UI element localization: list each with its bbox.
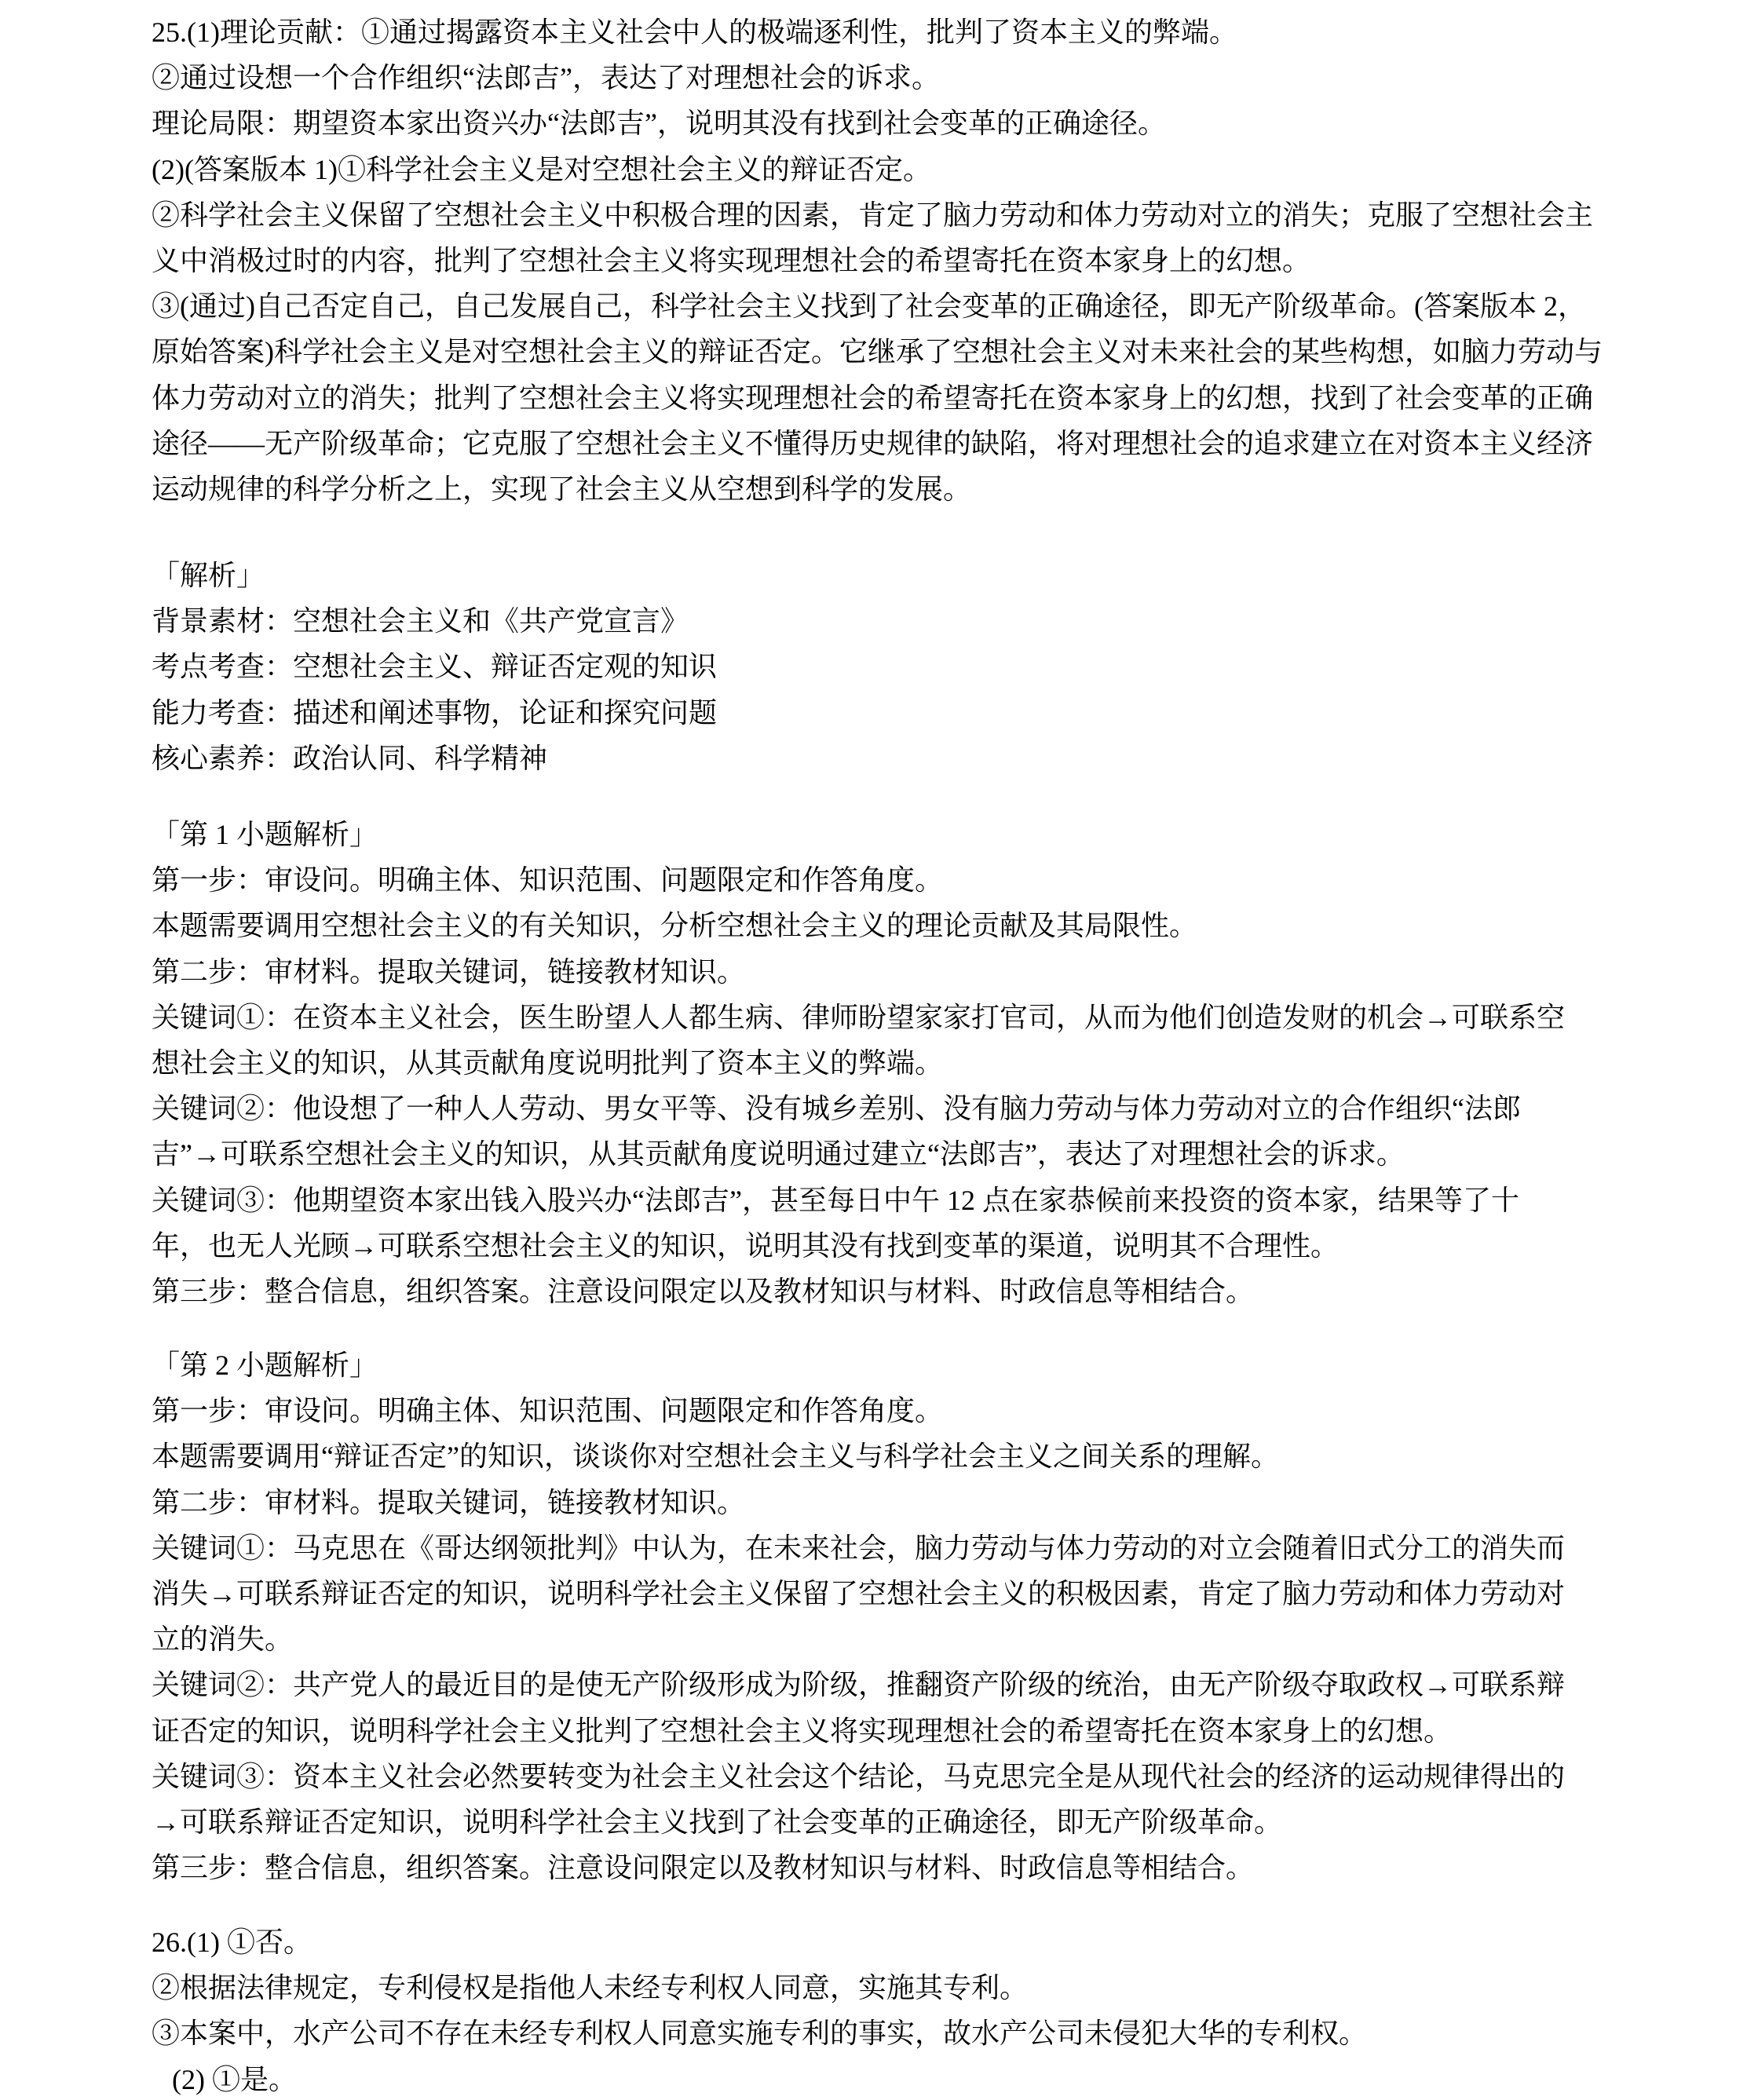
analysis-item-value: 空想社会主义、辩证否定观的知识 bbox=[293, 651, 717, 682]
analysis-line: 第三步：整合信息，组织答案。注意设问限定以及教材知识与材料、时政信息等相结合。 bbox=[152, 1269, 1565, 1314]
sub-question-2-analysis: 「第 2 小题解析」 第一步：审设问。明确主体、知识范围、问题限定和作答角度。 … bbox=[152, 1342, 1565, 1890]
analysis-item-label: 考点考查 bbox=[152, 651, 265, 682]
answer-line: ②科学社会主义保留了空想社会主义中积极合理的因素，肯定了脑力劳动和体力劳动对立的… bbox=[152, 192, 1603, 238]
analysis-line: 吉”→可联系空想社会主义的知识，从其贡献角度说明通过建立“法郎吉”，表达了对理想… bbox=[152, 1131, 1565, 1177]
answer-document-page: 25.(1)理论贡献：①通过揭露资本主义社会中人的极端逐利性，批判了资本主义的弊… bbox=[0, 0, 1758, 2100]
analysis-item-label: 核心素养 bbox=[152, 743, 265, 774]
analysis-line: 想社会主义的知识，从其贡献角度说明批判了资本主义的弊端。 bbox=[152, 1040, 1565, 1086]
analysis-item-label: 背景素材 bbox=[152, 605, 265, 637]
answer-line: 原始答案)科学社会主义是对空想社会主义的辩证否定。它继承了空想社会主义对未来社会… bbox=[152, 329, 1603, 374]
analysis-item-value: 政治认同、科学精神 bbox=[293, 743, 547, 774]
section-heading: 「第 2 小题解析」 bbox=[152, 1342, 1565, 1388]
analysis-line: 关键词③：他期望资本家出钱入股兴办“法郎吉”，甚至每日中午 12 点在家恭候前来… bbox=[152, 1178, 1565, 1223]
analysis-line: 年，也无人光顾→可联系空想社会主义的知识，说明其没有找到变革的渠道，说明其不合理… bbox=[152, 1223, 1565, 1269]
answer-line: ②根据法律规定，专利侵权是指他人未经专利权人同意，实施其专利。 bbox=[152, 1965, 1367, 2011]
answer-line: (2) ①是。 bbox=[152, 2057, 1367, 2100]
answer-line: 途径——无产阶级革命；它克服了空想社会主义不懂得历史规律的缺陷，将对理想社会的追… bbox=[152, 421, 1603, 466]
analysis-line: 证否定的知识，说明科学社会主义批判了空想社会主义将实现理想社会的希望寄托在资本家… bbox=[152, 1708, 1565, 1754]
answer-line: ②通过设想一个合作组织“法郎吉”，表达了对理想社会的诉求。 bbox=[152, 55, 1603, 100]
analysis-item-core-literacy: 核心素养：政治认同、科学精神 bbox=[152, 736, 717, 781]
analysis-line: 第一步：审设问。明确主体、知识范围、问题限定和作答角度。 bbox=[152, 857, 1565, 903]
answer-line: (2)(答案版本 1)①科学社会主义是对空想社会主义的辩证否定。 bbox=[152, 147, 1603, 192]
analysis-line: 消失→可联系辩证否定的知识，说明科学社会主义保留了空想社会主义的积极因素，肯定了… bbox=[152, 1571, 1565, 1616]
analysis-item-exam-points: 考点考查：空想社会主义、辩证否定观的知识 bbox=[152, 644, 717, 689]
analysis-line: 第二步：审材料。提取关键词，链接教材知识。 bbox=[152, 949, 1565, 995]
answer-line: 义中消极过时的内容，批判了空想社会主义将实现理想社会的希望寄托在资本家身上的幻想… bbox=[152, 238, 1603, 283]
question-25-answer: 25.(1)理论贡献：①通过揭露资本主义社会中人的极端逐利性，批判了资本主义的弊… bbox=[152, 9, 1603, 512]
analysis-item-value: 描述和阐述事物，论证和探究问题 bbox=[293, 697, 717, 729]
answer-line: 25.(1)理论贡献：①通过揭露资本主义社会中人的极端逐利性，批判了资本主义的弊… bbox=[152, 9, 1603, 55]
analysis-line: 第二步：审材料。提取关键词，链接教材知识。 bbox=[152, 1480, 1565, 1525]
label-separator: ： bbox=[265, 605, 293, 637]
answer-line: 理论局限：期望资本家出资兴办“法郎吉”，说明其没有找到社会变革的正确途径。 bbox=[152, 100, 1603, 146]
analysis-line: 关键词①：在资本主义社会，医生盼望人人都生病、律师盼望家家打官司，从而为他们创造… bbox=[152, 995, 1565, 1040]
label-separator: ： bbox=[265, 743, 293, 774]
label-separator: ： bbox=[265, 651, 293, 682]
question-26-answer: 26.(1) ①否。 ②根据法律规定，专利侵权是指他人未经专利权人同意，实施其专… bbox=[152, 1919, 1367, 2100]
analysis-section: 「解析」 背景素材：空想社会主义和《共产党宣言》 考点考查：空想社会主义、辩证否… bbox=[152, 553, 717, 781]
section-heading: 「第 1 小题解析」 bbox=[152, 812, 1565, 857]
analysis-item-abilities: 能力考查：描述和阐述事物，论证和探究问题 bbox=[152, 690, 717, 736]
analysis-line: 关键词②：共产党人的最近目的是使无产阶级形成为阶级，推翻资产阶级的统治，由无产阶… bbox=[152, 1662, 1565, 1707]
answer-line: ③本案中，水产公司不存在未经专利权人同意实施专利的事实，故水产公司未侵犯大华的专… bbox=[152, 2011, 1367, 2056]
answer-line: 运动规律的科学分析之上，实现了社会主义从空想到科学的发展。 bbox=[152, 466, 1603, 512]
sub-question-1-analysis: 「第 1 小题解析」 第一步：审设问。明确主体、知识范围、问题限定和作答角度。 … bbox=[152, 812, 1565, 1314]
analysis-line: 第三步：整合信息，组织答案。注意设问限定以及教材知识与材料、时政信息等相结合。 bbox=[152, 1845, 1565, 1890]
analysis-line: 本题需要调用“辩证否定”的知识，谈谈你对空想社会主义与科学社会主义之间关系的理解… bbox=[152, 1433, 1565, 1479]
analysis-line: 立的消失。 bbox=[152, 1616, 1565, 1662]
analysis-item-background: 背景素材：空想社会主义和《共产党宣言》 bbox=[152, 598, 717, 644]
analysis-item-value: 空想社会主义和《共产党宣言》 bbox=[293, 605, 689, 637]
analysis-line: 关键词③：资本主义社会必然要转变为社会主义社会这个结论，马克思完全是从现代社会的… bbox=[152, 1754, 1565, 1799]
answer-line: 体力劳动对立的消失；批判了空想社会主义将实现理想社会的希望寄托在资本家身上的幻想… bbox=[152, 375, 1603, 421]
analysis-heading: 「解析」 bbox=[152, 553, 717, 598]
analysis-line: →可联系辩证否定知识，说明科学社会主义找到了社会变革的正确途径，即无产阶级革命。 bbox=[152, 1799, 1565, 1845]
analysis-line: 关键词①：马克思在《哥达纲领批判》中认为，在未来社会，脑力劳动与体力劳动的对立会… bbox=[152, 1525, 1565, 1571]
analysis-line: 关键词②：他设想了一种人人劳动、男女平等、没有城乡差别、没有脑力劳动与体力劳动对… bbox=[152, 1086, 1565, 1131]
answer-line: ③(通过)自己否定自己，自己发展自己，科学社会主义找到了社会变革的正确途径，即无… bbox=[152, 283, 1603, 329]
analysis-line: 第一步：审设问。明确主体、知识范围、问题限定和作答角度。 bbox=[152, 1388, 1565, 1433]
analysis-item-label: 能力考查 bbox=[152, 697, 265, 729]
answer-line: 26.(1) ①否。 bbox=[152, 1919, 1367, 1965]
label-separator: ： bbox=[265, 697, 293, 729]
analysis-line: 本题需要调用空想社会主义的有关知识，分析空想社会主义的理论贡献及其局限性。 bbox=[152, 903, 1565, 948]
